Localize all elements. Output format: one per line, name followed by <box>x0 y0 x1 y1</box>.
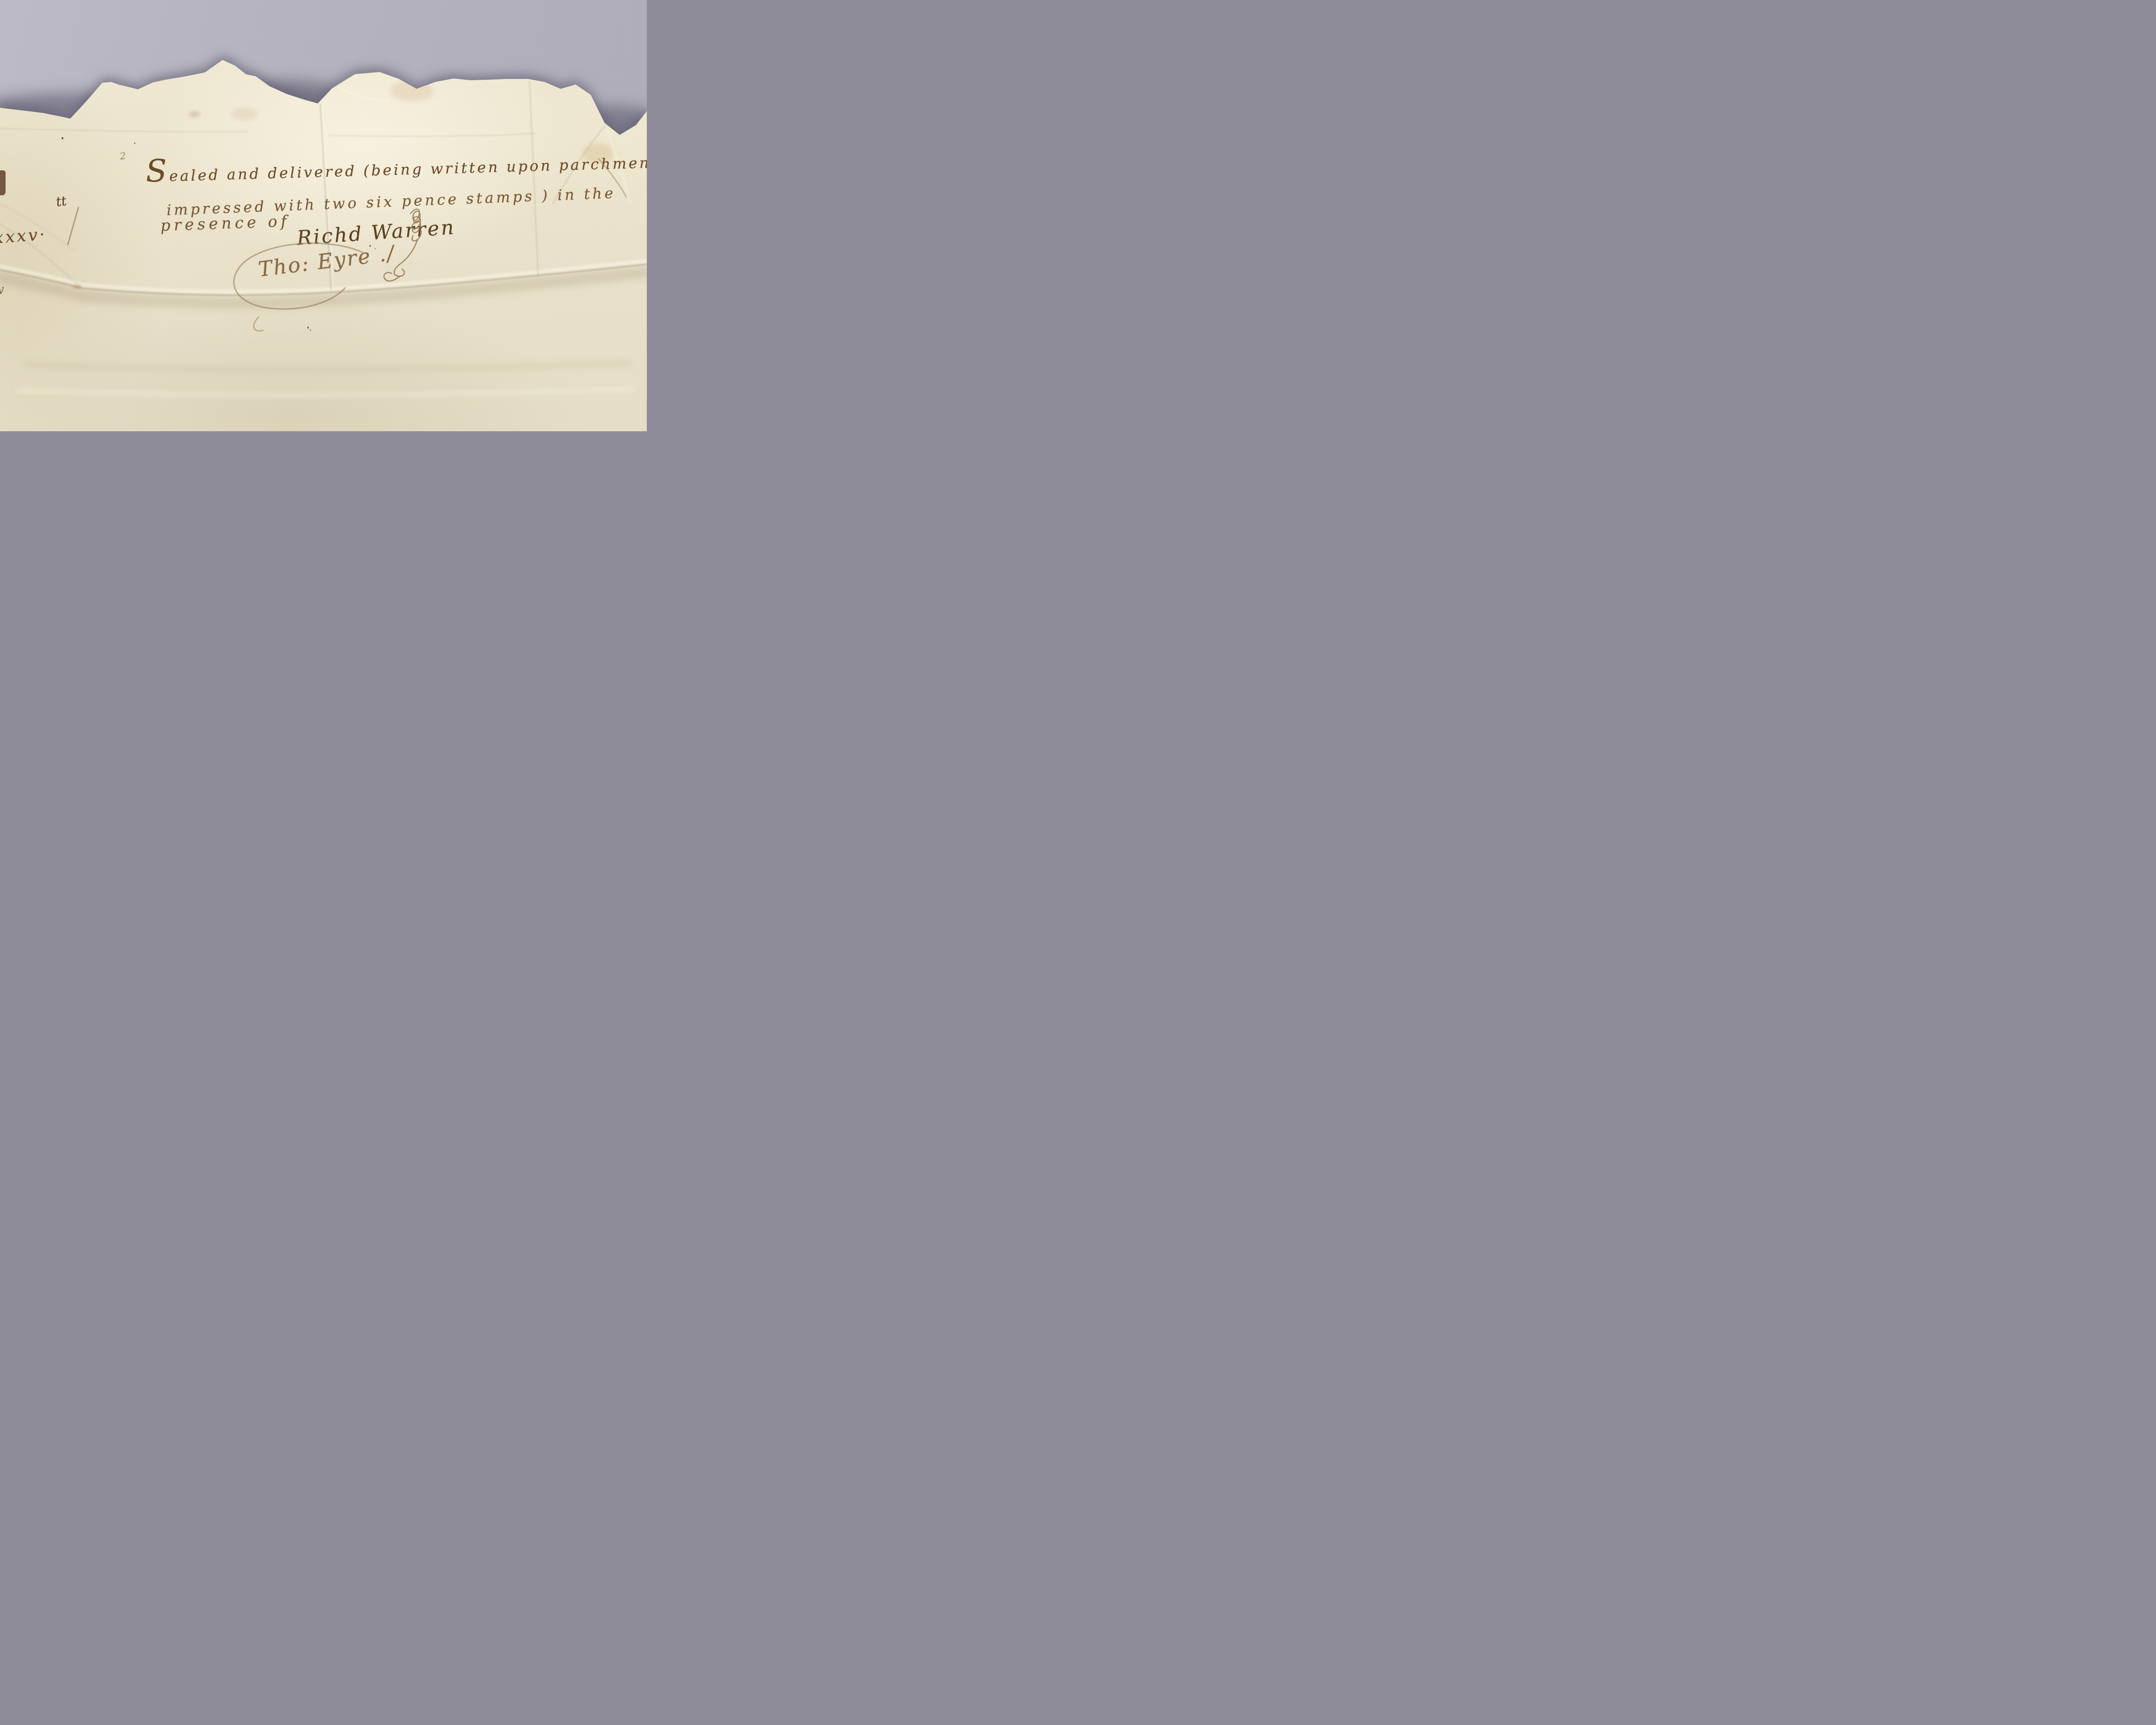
photograph: Sealed and delivered (being written upon… <box>0 0 647 431</box>
pen-flourish-knot <box>0 0 647 431</box>
parchment-document: Sealed and delivered (being written upon… <box>0 0 647 431</box>
parchment-surface: Sealed and delivered (being written upon… <box>0 0 647 431</box>
